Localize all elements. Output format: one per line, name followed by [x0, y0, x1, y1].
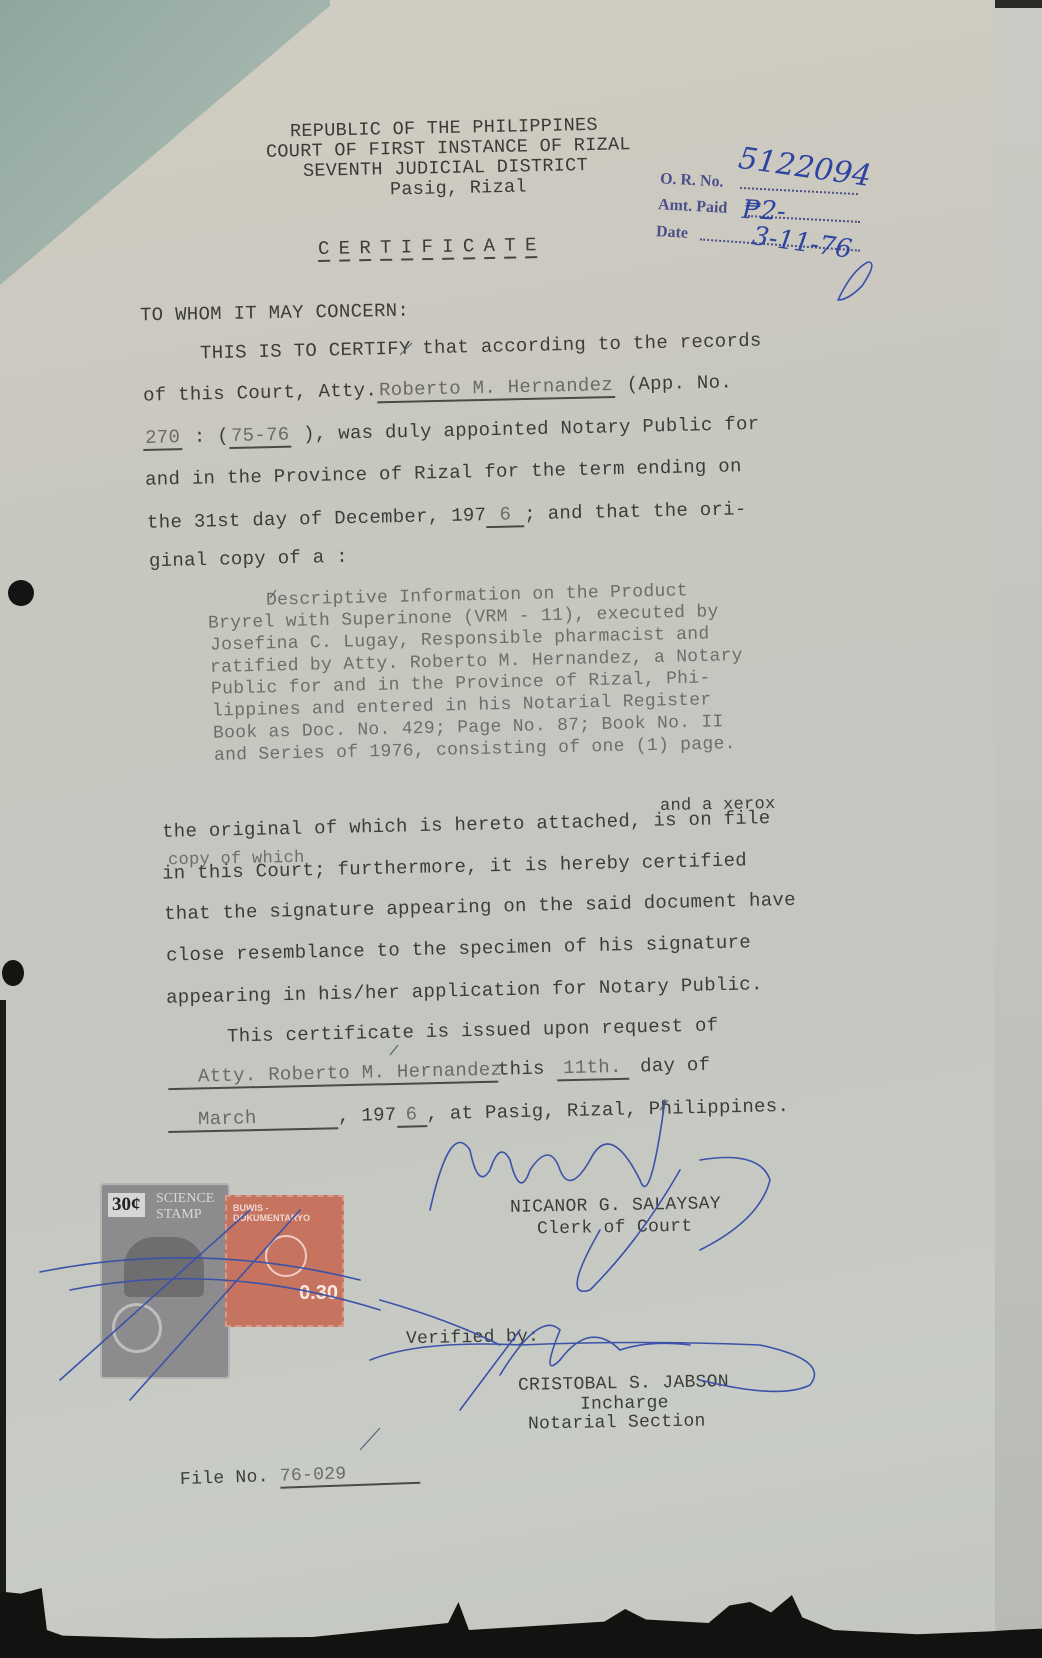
title-letter: T: [504, 235, 516, 259]
documentary-stamp: BUWIS - DOKUMENTARYO 0.30: [225, 1195, 344, 1327]
verifier-name: CRISTOBAL S. JABSON: [518, 1372, 729, 1396]
issue-year-digit: 6: [396, 1103, 427, 1128]
app-year: 75-76: [229, 424, 292, 449]
title-letter: E: [525, 234, 537, 258]
body-line-6: ginal copy of a :: [149, 546, 348, 573]
title-letter: E: [339, 237, 351, 261]
stamp-artwork: [124, 1237, 204, 1297]
clerk-title: Clerk of Court: [537, 1217, 693, 1240]
term-year-digit: 6: [486, 503, 525, 528]
stamp-emblem: [265, 1235, 307, 1277]
science-stamp: 30¢ SCIENCE STAMP: [100, 1183, 230, 1379]
clerk-name: NICANOR G. SALAYSAY: [510, 1194, 721, 1218]
or-number-label: O. R. No.: [660, 170, 724, 191]
title-letter: R: [359, 237, 371, 261]
title-letter: F: [421, 236, 433, 260]
app-number: 270: [143, 426, 183, 451]
stamp-value: 30¢: [108, 1193, 145, 1217]
stamp-label: SCIENCE STAMP: [156, 1191, 228, 1223]
header-location: Pasig, Rizal: [390, 177, 527, 201]
page-title: CERTIFICATE: [318, 234, 546, 262]
title-letter: C: [318, 238, 330, 262]
title-letter: I: [442, 236, 454, 260]
title-letter: I: [401, 236, 413, 260]
issue-month: March: [168, 1105, 339, 1133]
page-edge-shadow: [0, 1000, 6, 1600]
verified-by-label: Verified by:: [406, 1327, 540, 1349]
amount-paid-label: Amt. Paid: [658, 196, 728, 218]
verifier-section: Notarial Section: [528, 1411, 706, 1434]
punch-hole: [8, 580, 34, 606]
title-letter: T: [380, 237, 392, 261]
title-letter: C: [463, 235, 475, 259]
stamp-label: BUWIS - DOKUMENTARYO: [233, 1203, 342, 1223]
salutation: TO WHOM IT MAY CONCERN:: [140, 300, 409, 327]
issue-day: 11th.: [556, 1056, 629, 1082]
punch-hole: [2, 960, 24, 986]
stamp-value: 0.30: [299, 1282, 338, 1305]
stamp-seal: [112, 1303, 162, 1353]
title-letter: A: [483, 235, 495, 259]
date-label: Date: [656, 223, 689, 243]
